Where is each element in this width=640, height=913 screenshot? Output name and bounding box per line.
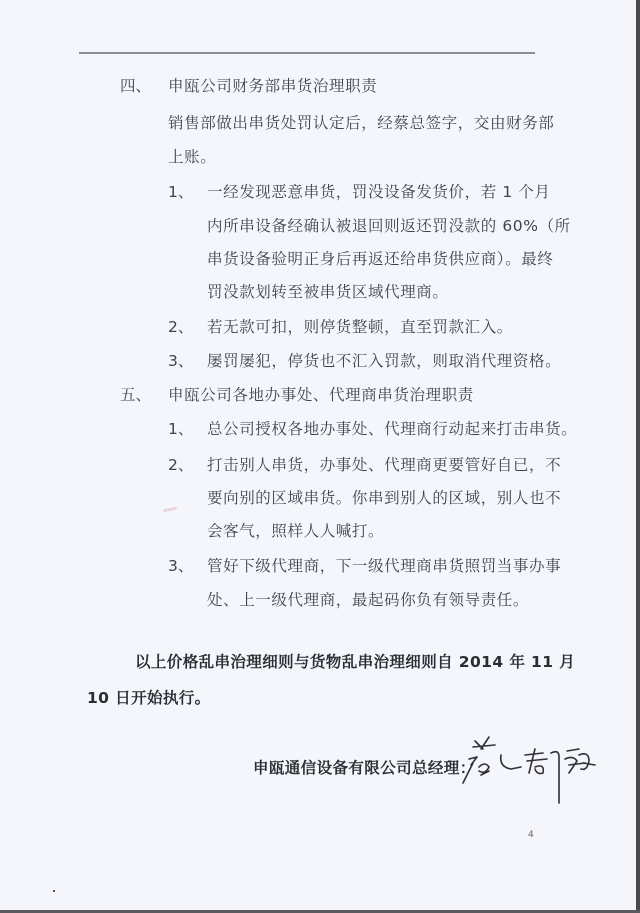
section4-heading: 申瓯公司财务部串货治理职责 xyxy=(168,76,377,96)
section5-heading: 申瓯公司各地办事处、代理商串货治理职责 xyxy=(168,385,474,405)
scan-edge-right xyxy=(636,0,640,913)
section4-item2-number: 2、 xyxy=(168,317,193,337)
handwritten-signature xyxy=(455,735,605,805)
section4-item1-line-3: 串货设备验明正身后再返还给串货供应商）。最终 xyxy=(207,249,553,269)
section5-item1-number: 1、 xyxy=(168,419,193,439)
section4-intro-line-2: 上账。 xyxy=(168,147,216,167)
section4-item2-line-1: 若无款可扣，则停货整顿，直至罚款汇入。 xyxy=(207,317,513,337)
section4-item3-number: 3、 xyxy=(168,351,193,371)
page-number: 4 xyxy=(528,830,534,840)
closing-line-2: 10 日开始执行。 xyxy=(87,688,211,708)
signature-label: 申瓯通信设备有限公司总经理： xyxy=(253,758,476,778)
section4-item3-line-1: 屡罚屡犯，停货也不汇入罚款，则取消代理资格。 xyxy=(207,351,561,371)
section5-item2-line-2: 要向别的区域串货。你串到别人的区域，别人也不 xyxy=(207,488,561,508)
section5-item1-line-1: 总公司授权各地办事处、代理商行动起来打击串货。 xyxy=(207,419,577,439)
section5-item2-number: 2、 xyxy=(168,455,193,475)
section4-intro-line-1: 销售部做出串货处罚认定后，经蔡总签字，交由财务部 xyxy=(168,113,554,133)
document-page: 四、 申瓯公司财务部串货治理职责 销售部做出串货处罚认定后，经蔡总签字，交由财务… xyxy=(0,0,636,910)
section5-number: 五、 xyxy=(120,385,151,405)
section4-item1-number: 1、 xyxy=(168,182,193,202)
scan-speck xyxy=(53,890,55,892)
section4-item1-line-2: 内所串设备经确认被退回则返还罚没款的 60%（所 xyxy=(207,216,571,236)
section4-number: 四、 xyxy=(120,76,151,96)
closing-line-1: 以上价格乱串治理细则与货物乱串治理细则自 2014 年 11 月 xyxy=(135,652,575,672)
section4-item1-line-1: 一经发现恶意串货，罚没设备发货价，若 1 个月 xyxy=(207,182,551,202)
section5-item3-line-2: 处、上一级代理商，最起码你负有领导责任。 xyxy=(207,590,529,610)
section5-item3-number: 3、 xyxy=(168,556,193,576)
section4-item1-line-4: 罚没款划转至被串货区域代理商。 xyxy=(207,282,449,302)
scan-smudge xyxy=(163,507,177,513)
section5-item2-line-3: 会客气，照样人人喊打。 xyxy=(207,521,384,541)
section5-item2-line-1: 打击别人串货，办事处、代理商更要管好自已，不 xyxy=(207,455,561,475)
section5-item3-line-1: 管好下级代理商，下一级代理商串货照罚当事办事 xyxy=(207,556,561,576)
header-rule xyxy=(79,52,535,54)
